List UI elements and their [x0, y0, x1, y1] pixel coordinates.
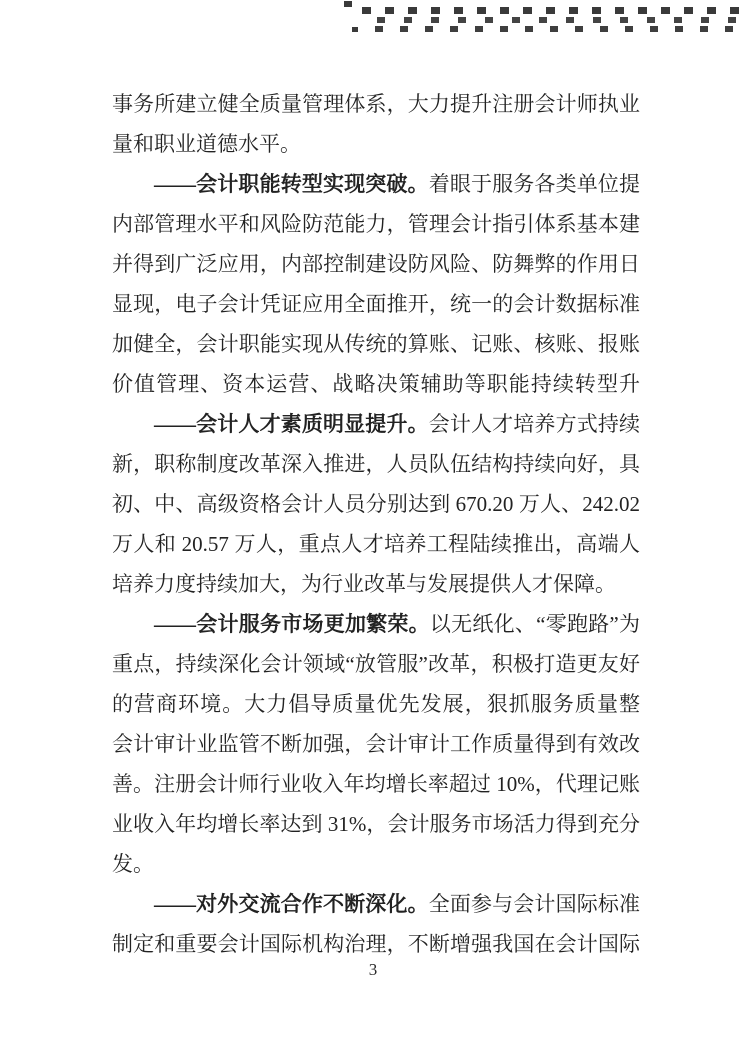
line-text: 会计审计业监管不断加强，会计审计工作质量得到有效改 [112, 732, 640, 756]
line-text: 的营商环境。大力倡导质量优先发展，狠抓服务质量整治， [112, 692, 640, 724]
text-line: 培养力度持续加大，为行业改革与发展提供人才保障。 [112, 564, 640, 604]
text-line: 初、中、高级资格会计人员分别达到 670.20 万人、242.02 [112, 484, 640, 524]
line-text: 以无纸化、“零跑路”为 [430, 612, 640, 636]
text-line: ——会计服务市场更加繁荣。以无纸化、“零跑路”为 [112, 604, 640, 644]
text-line: 业收入年均增长率达到 31%，会计服务市场活力得到充分激 [112, 804, 640, 844]
text-line: 发。 [112, 844, 640, 884]
page-number: 3 [0, 960, 746, 980]
paragraph-heading: ——会计服务市场更加繁荣。 [154, 612, 430, 636]
scan-artifact-speck [344, 1, 352, 7]
text-line: 新，职称制度改革深入推进，人员队伍结构持续向好，具备 [112, 444, 640, 484]
paragraph-heading: ——会计职能转型实现突破。 [154, 172, 429, 196]
text-line: 内部管理水平和风险防范能力，管理会计指引体系基本建成 [112, 204, 640, 244]
text-line: 制定和重要会计国际机构治理，不断增强我国在会计国际规 [112, 924, 640, 964]
paragraph-heading: ——会计人才素质明显提升。 [154, 412, 429, 436]
text-line: 的营商环境。大力倡导质量优先发展，狠抓服务质量整治， [112, 684, 640, 724]
line-text: 初、中、高级资格会计人员分别达到 670.20 万人、242.02 [112, 492, 640, 516]
text-line: ——对外交流合作不断深化。全面参与会计国际标准的 [112, 884, 640, 924]
line-text: 事务所建立健全质量管理体系，大力提升注册会计师执业质 [112, 92, 640, 124]
text-line: 事务所建立健全质量管理体系，大力提升注册会计师执业质 [112, 84, 640, 124]
text-line: 并得到广泛应用，内部控制建设防风险、防舞弊的作用日益 [112, 244, 640, 284]
line-text: 内部管理水平和风险防范能力，管理会计指引体系基本建成 [112, 212, 640, 244]
line-text: 加健全，会计职能实现从传统的算账、记账、核账、报账向 [112, 332, 640, 364]
text-line: 加健全，会计职能实现从传统的算账、记账、核账、报账向 [112, 324, 640, 364]
line-text: 万人和 20.57 万人，重点人才培养工程陆续推出，高端人才 [112, 532, 640, 564]
document-page: 事务所建立健全质量管理体系，大力提升注册会计师执业质 量和职业道德水平。 ——会… [0, 0, 750, 1060]
line-text: 量和职业道德水平。 [112, 132, 301, 156]
text-line: 显现，电子会计凭证应用全面推开，统一的会计数据标准更 [112, 284, 640, 324]
line-text: 重点，持续深化会计领域“放管服”改革，积极打造更友好 [112, 652, 640, 676]
line-text: 新，职称制度改革深入推进，人员队伍结构持续向好，具备 [112, 452, 640, 484]
line-text: 显现，电子会计凭证应用全面推开，统一的会计数据标准更 [112, 292, 640, 324]
line-text: 业收入年均增长率达到 31%，会计服务市场活力得到充分激 [112, 812, 640, 844]
scan-artifact-strip [362, 5, 750, 35]
line-text: 价值管理、资本运营、战略决策辅助等职能持续转型升级。 [112, 372, 640, 404]
text-line: ——会计人才素质明显提升。会计人才培养方式持续创 [112, 404, 640, 444]
line-text: 善。注册会计师行业收入年均增长率超过 10%，代理记账行 [112, 772, 640, 804]
text-line: 善。注册会计师行业收入年均增长率超过 10%，代理记账行 [112, 764, 640, 804]
text-line: 价值管理、资本运营、战略决策辅助等职能持续转型升级。 [112, 364, 640, 404]
text-line: 重点，持续深化会计领域“放管服”改革，积极打造更友好 [112, 644, 640, 684]
text-line: 会计审计业监管不断加强，会计审计工作质量得到有效改 [112, 724, 640, 764]
line-text: 并得到广泛应用，内部控制建设防风险、防舞弊的作用日益 [112, 252, 640, 284]
paragraph-heading: ——对外交流合作不断深化。 [154, 892, 429, 916]
line-text: 培养力度持续加大，为行业改革与发展提供人才保障。 [112, 572, 616, 596]
text-line: 量和职业道德水平。 [112, 124, 640, 164]
scan-artifact-speck [352, 27, 358, 32]
text-line: 万人和 20.57 万人，重点人才培养工程陆续推出，高端人才 [112, 524, 640, 564]
line-text: 发。 [112, 852, 154, 876]
text-block: 事务所建立健全质量管理体系，大力提升注册会计师执业质 量和职业道德水平。 ——会… [112, 84, 640, 964]
text-line: ——会计职能转型实现突破。着眼于服务各类单位提高 [112, 164, 640, 204]
